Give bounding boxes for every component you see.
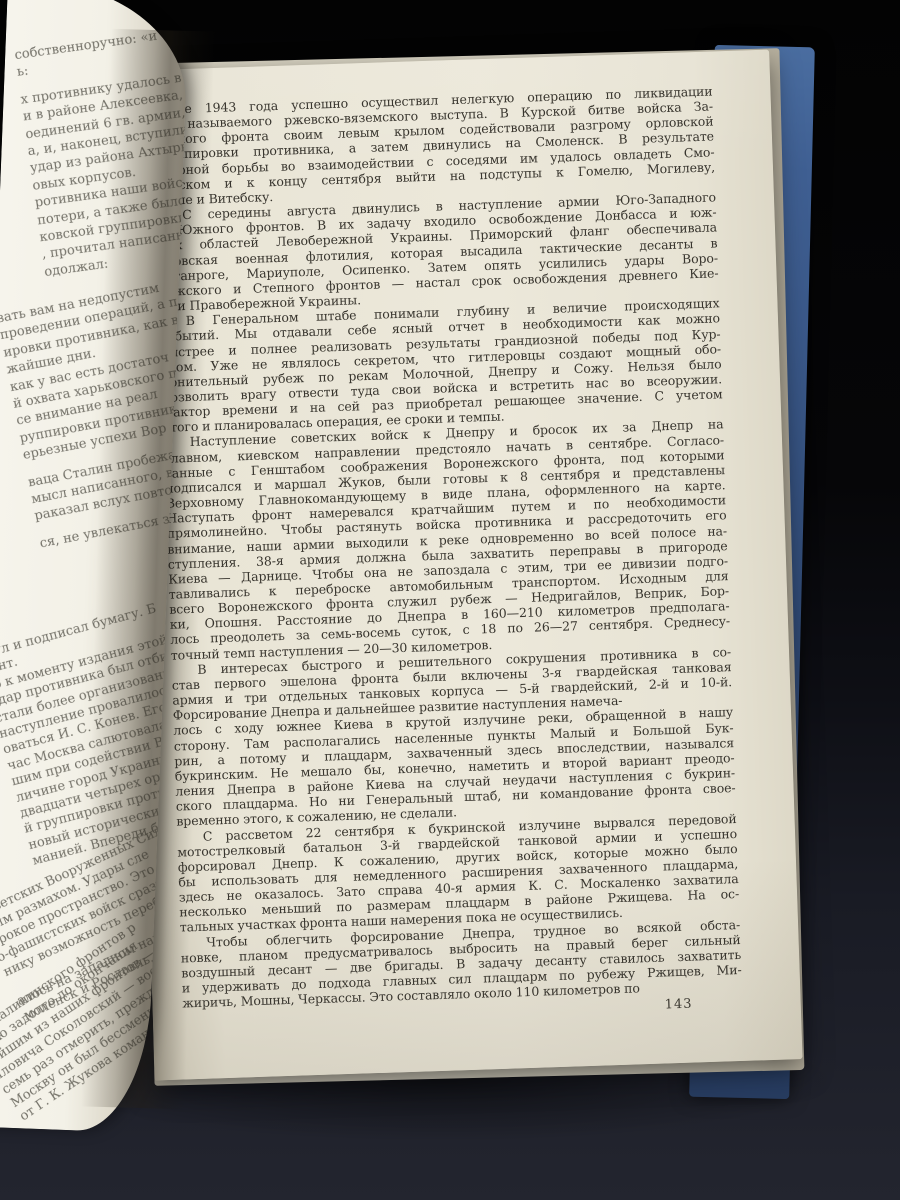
- left-text-group: зать вам на недопустимпроведении операци…: [0, 276, 190, 552]
- left-text-group: собственноручно: «и бь: х противнику уда…: [14, 22, 190, 281]
- right-page-text: марте 1943 года успешно осуществил нелег…: [152, 83, 742, 1010]
- right-page: марте 1943 года успешно осуществил нелег…: [121, 50, 802, 1081]
- page-number: 143: [664, 997, 692, 1013]
- open-book-photo: марте 1943 года успешно осуществил нелег…: [0, 0, 900, 1200]
